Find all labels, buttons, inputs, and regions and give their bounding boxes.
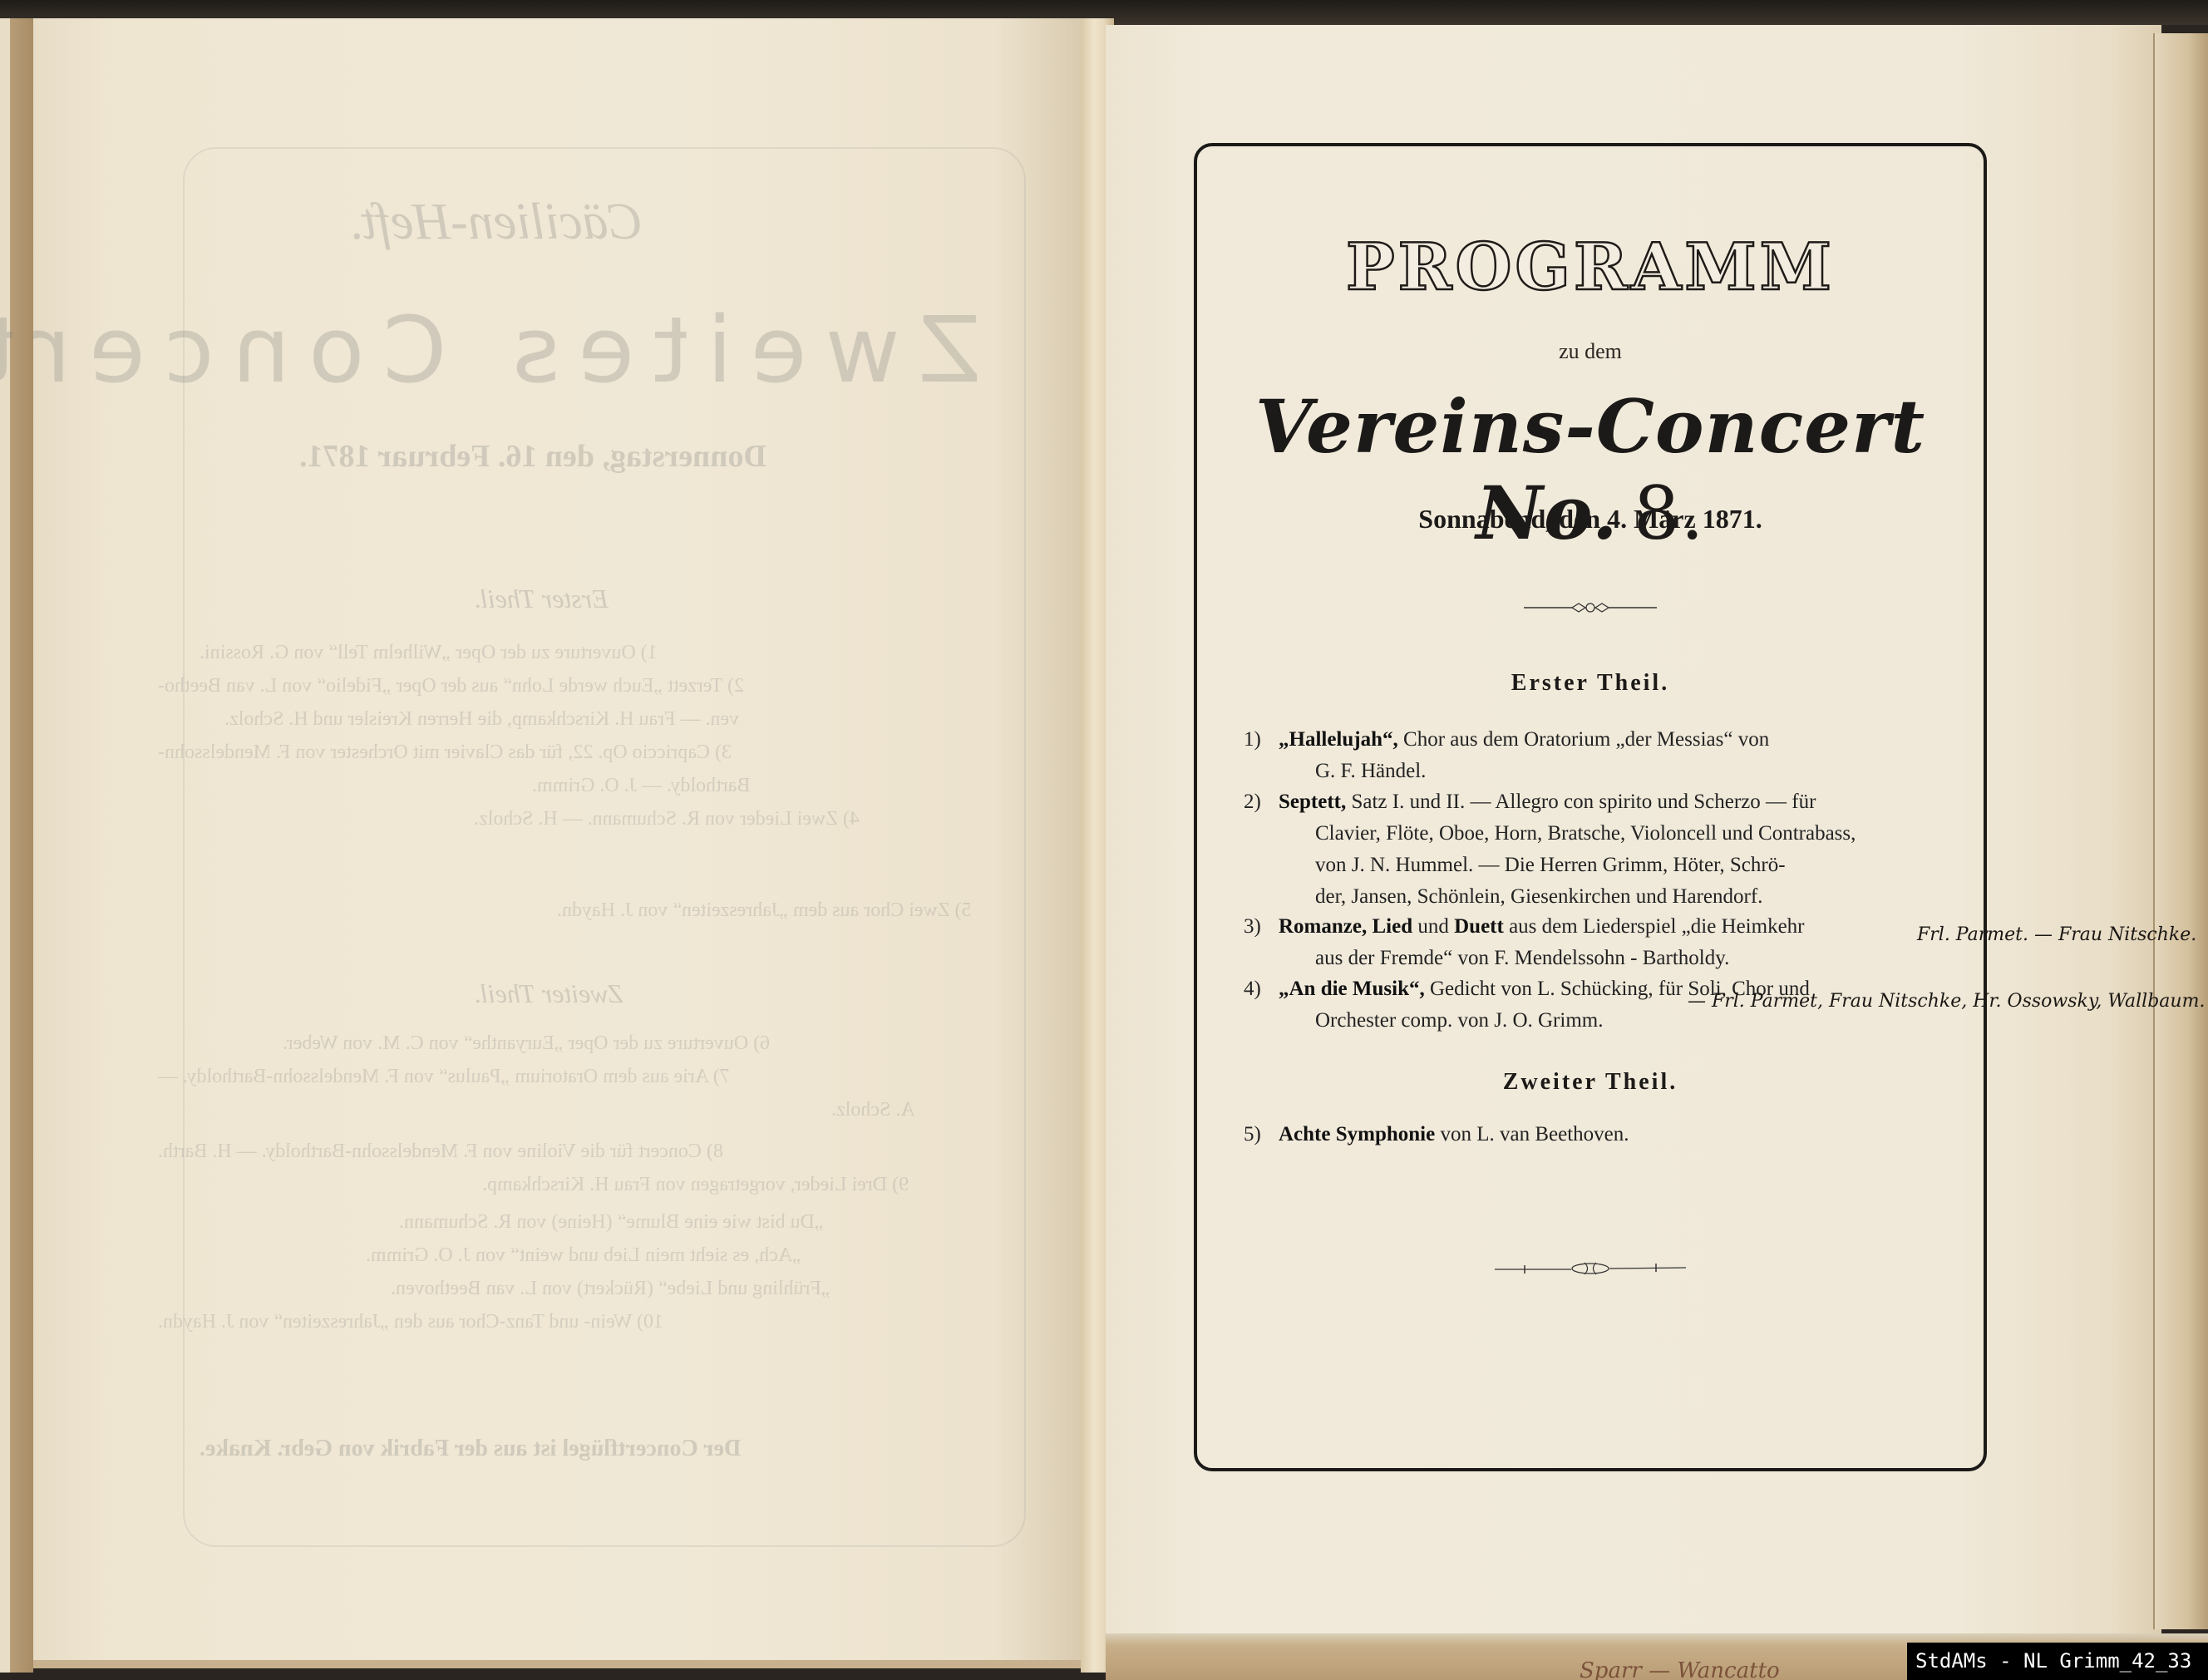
ghost-header: Cäcilien-Heft.: [349, 193, 643, 252]
program-item-5: 5)Achte Symphonie von L. van Beethoven.: [1244, 1119, 1942, 1150]
ghost-line: 8) Concert für die Violine von F. Mendel…: [158, 1141, 723, 1163]
ornament-divider-bottom: [1197, 1260, 1984, 1277]
program-item-1: 1)„Hallelujah“, Chor aus dem Oratorium „…: [1244, 724, 1942, 787]
ghost-line: 3) Capriccio Op. 22, für das Clavier mit…: [158, 741, 732, 764]
ghost-line: 6) Ouverture zu der Oper „Euryanthe“ von…: [283, 1032, 770, 1055]
program-item-3: 3)Romanze, Lied und Duett aus dem Lieder…: [1244, 911, 1942, 974]
item-title: Septett,: [1279, 791, 1346, 813]
ghost-line: 9) Drei Lieder, vorgetragen von Frau H. …: [482, 1174, 909, 1196]
ghost-line: 4) Zwei Lieder von R. Schumann. — H. Sch…: [474, 808, 860, 830]
ghost-part1-head: Erster Theil.: [474, 584, 609, 614]
ornament-icon: [1524, 599, 1657, 616]
ghost-line: ven. — Frau H. Kirschkamp, die Herren Kr…: [224, 708, 739, 731]
left-page-edge: [0, 18, 33, 1673]
item-text: und: [1412, 915, 1454, 938]
item-number: 1): [1244, 724, 1279, 756]
program-subtitle: zu dem: [1197, 339, 1984, 364]
program-title: PROGRAMM: [1197, 229, 1984, 305]
item-text: der, Jansen, Schönlein, Giesenkirchen un…: [1244, 881, 1942, 913]
ghost-line: 1) Ouverture zu der Oper „Wilhelm Tell“ …: [200, 642, 658, 664]
ghost-date: Donnerstag, den 16. Februar 1871.: [299, 438, 766, 475]
ornament-divider-top: [1197, 599, 1984, 616]
item-text: Clavier, Flöte, Oboe, Horn, Bratsche, Vi…: [1244, 818, 1942, 850]
handwritten-annotation-item-3: Frl. Parmet. — Frau Nitschke.: [1917, 924, 2196, 945]
ghost-line: „Du bist wie eine Blume“ (Heine) von R. …: [399, 1211, 824, 1234]
item-text: G. F. Händel.: [1244, 756, 1942, 787]
ornament-icon: [1495, 1260, 1686, 1277]
item-text: Satz I. und II. — Allegro con spirito un…: [1346, 791, 1816, 813]
item-number: 5): [1244, 1119, 1279, 1150]
item-title: „Hallelujah“,: [1279, 728, 1398, 751]
ghost-line: 5) Zwei Chor aus dem „Jahreszeiten“ von …: [557, 899, 972, 922]
item-title: „An die Musik“,: [1279, 978, 1425, 1000]
program-item-2: 2)Septett, Satz I. und II. — Allegro con…: [1244, 786, 1942, 913]
ghost-title: Zweites Concert: [183, 297, 981, 403]
program-frame: PROGRAMM zu dem Vereins-Concert No.8. So…: [1194, 143, 1987, 1471]
item-number: 2): [1244, 786, 1279, 818]
concert-date: Sonnabend, den 4. März 1871.: [1197, 504, 1984, 535]
ghost-line: 7) Arie aus dem Oratorium „Paulus“ von F…: [158, 1066, 730, 1088]
ghost-line: A. Scholz.: [831, 1099, 915, 1121]
ghost-line: 2) Terzett „Euch werde Lohn“ aus der Ope…: [158, 675, 744, 697]
item-number: 4): [1244, 973, 1279, 1005]
ghost-line: „Ach, es sieht mein Lieb und weint“ von …: [366, 1244, 801, 1267]
item-text: aus dem Liederspiel „die Heimkehr: [1504, 915, 1805, 938]
item-title: Romanze, Lied: [1279, 915, 1412, 938]
archive-caption: StdAMs - NL Grimm_42_33: [1907, 1643, 2208, 1680]
section-heading-part2: Zweiter Theil.: [1197, 1069, 1984, 1096]
section-heading-part1: Erster Theil.: [1197, 670, 1984, 697]
item-title: Duett: [1454, 915, 1504, 938]
item-title: Achte Symphonie: [1279, 1123, 1435, 1145]
left-page: Cäcilien-Heft. Zweites Concert Donnersta…: [33, 18, 1081, 1668]
ghost-line: 10) Wein- und Tanz-Chor aus den „Jahresz…: [158, 1311, 663, 1333]
ghost-part2-head: Zweiter Theil.: [474, 978, 623, 1009]
item-text: von L. van Beethoven.: [1435, 1123, 1629, 1145]
item-number: 3): [1244, 911, 1279, 943]
handwritten-annotation-item-4: — Frl. Parmet, Frau Nitschke, Hr. Ossows…: [1688, 991, 2205, 1012]
item-text: Chor aus dem Oratorium „der Messias“ von: [1398, 728, 1769, 751]
ghost-line: Bartholdy. — J. O. Grimm.: [532, 775, 750, 797]
item-text: von J. N. Hummel. — Die Herren Grimm, Hö…: [1244, 850, 1942, 881]
bottom-handwriting: Sparr — Wancatto: [1580, 1658, 1780, 1680]
ghost-line: „Frühling und Liebe“ (Rückert) von L. va…: [391, 1278, 830, 1300]
ghost-footer: Der Concertflügel ist aus der Fabrik von…: [200, 1436, 741, 1462]
item-text: aus der Fremde“ von F. Mendelssohn - Bar…: [1244, 943, 1942, 974]
right-page-fold: [2153, 33, 2208, 1629]
